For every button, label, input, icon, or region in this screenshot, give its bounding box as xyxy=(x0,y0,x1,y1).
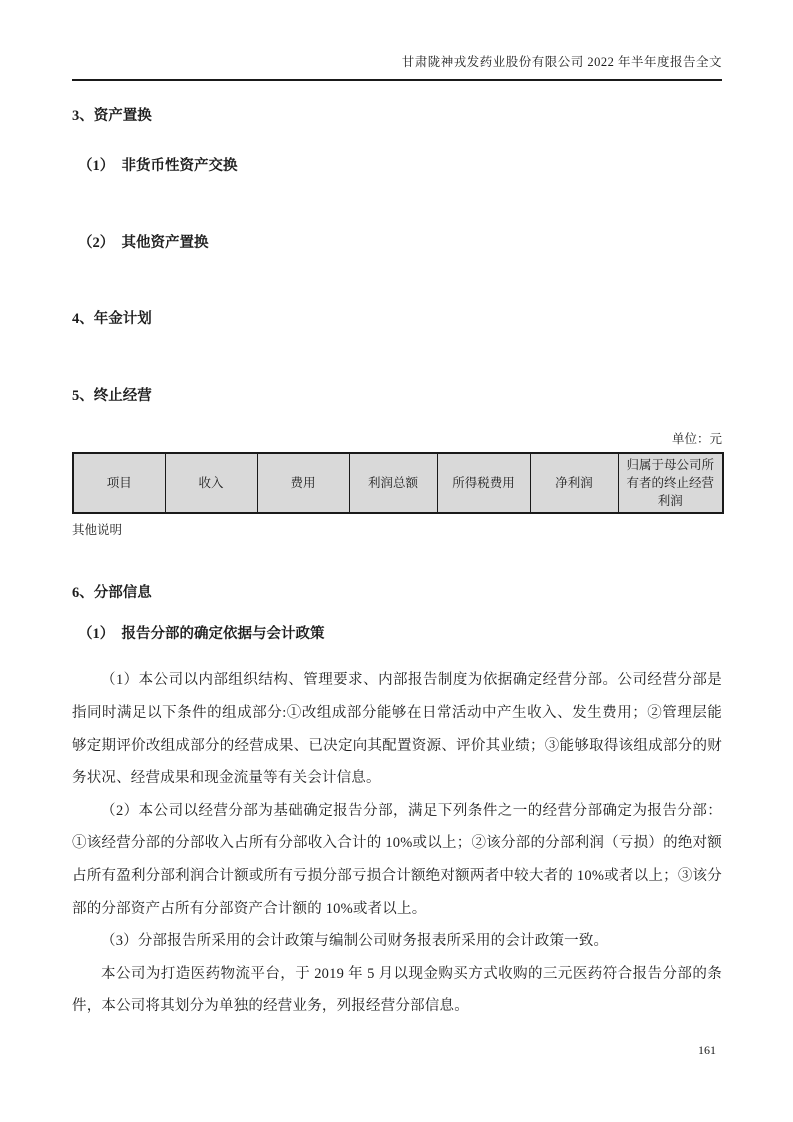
section-heading-segment-information: 6、分部信息 xyxy=(72,581,722,602)
paragraph-reportable-segment-criteria: （2）本公司以经营分部为基础确定报告分部，满足下列条件之一的经营分部确定为报告分… xyxy=(72,795,722,925)
table-header-parent-discontinued-profit: 归属于母公司所有者的终止经营利润 xyxy=(618,453,723,513)
section-heading-discontinued-operations: 5、终止经营 xyxy=(72,384,722,405)
report-page: 甘肃陇神戎发药业股份有限公司 2022 年半年度报告全文 3、资产置换 （1） … xyxy=(0,0,793,1122)
paragraph-logistics-platform-acquisition: 本公司为打造医药物流平台，于 2019 年 5 月以现金购买方式收购的三元医药符… xyxy=(72,958,722,1023)
subsection-heading-other-asset-swap: （2） 其他资产置换 xyxy=(72,231,722,252)
running-header-title: 甘肃陇神戎发药业股份有限公司 2022 年半年度报告全文 xyxy=(72,52,722,81)
table-header-row: 项目 收入 费用 利润总额 所得税费用 净利润 归属于母公司所有者的终止经营利润 xyxy=(73,453,723,513)
discontinued-operations-table: 项目 收入 费用 利润总额 所得税费用 净利润 归属于母公司所有者的终止经营利润 xyxy=(72,452,724,514)
page-number: 161 xyxy=(698,1043,716,1058)
table-header-item: 项目 xyxy=(73,453,165,513)
section-heading-asset-swap: 3、资产置换 xyxy=(72,104,722,125)
table-header-expense: 费用 xyxy=(257,453,349,513)
segment-information-body: （1）本公司以内部组织结构、管理要求、内部报告制度为依据确定经营分部。公司经营分… xyxy=(72,664,722,1023)
paragraph-operating-segment-definition: （1）本公司以内部组织结构、管理要求、内部报告制度为依据确定经营分部。公司经营分… xyxy=(72,664,722,794)
table-header-net-profit: 净利润 xyxy=(530,453,618,513)
paragraph-segment-accounting-policy: （3）分部报告所采用的会计政策与编制公司财务报表所采用的会计政策一致。 xyxy=(72,925,722,958)
table-header-total-profit: 利润总额 xyxy=(349,453,437,513)
subsection-heading-nonmonetary-asset-exchange: （1） 非货币性资产交换 xyxy=(72,154,722,175)
table-footnote-other-notes: 其他说明 xyxy=(72,520,722,538)
table-header-revenue: 收入 xyxy=(165,453,257,513)
table-header-income-tax: 所得税费用 xyxy=(437,453,530,513)
table-unit-label: 单位：元 xyxy=(72,429,722,447)
subsection-heading-segment-basis-policy: （1） 报告分部的确定依据与会计政策 xyxy=(72,622,722,643)
section-heading-annuity-plan: 4、年金计划 xyxy=(72,307,722,328)
